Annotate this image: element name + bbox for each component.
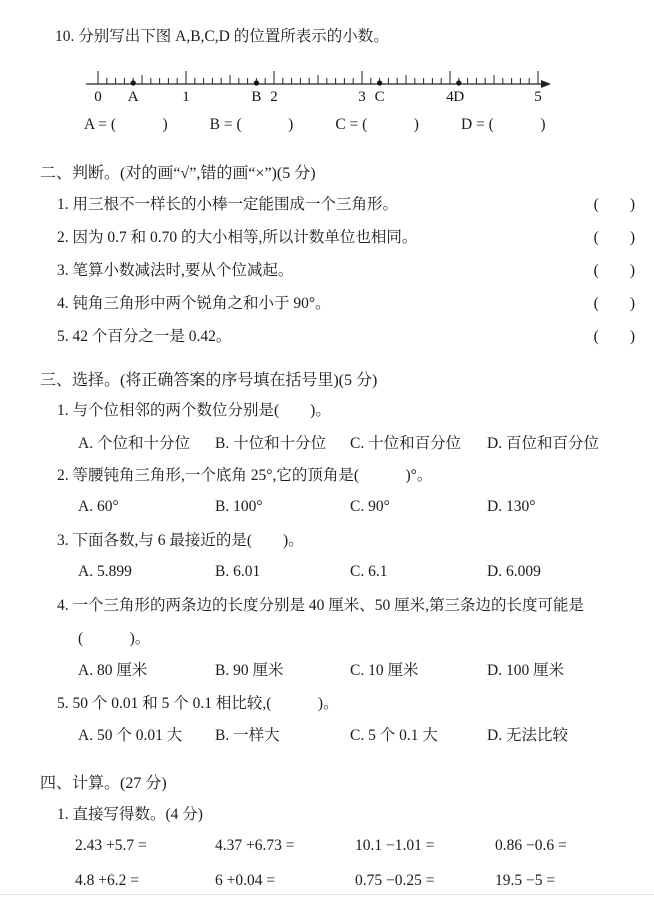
calc-item: 2.43 +5.7 = [75,829,215,864]
judge-item-5: 5. 42 个百分之一是 0.42。 ( ) [57,318,635,351]
answer-slot-a: A = ( ) [84,112,168,144]
option-a: A. 50 个 0.01 大 [78,723,215,745]
number-line: 012345ABCD [78,58,654,110]
calc-subtitle: 1. 直接写得数。(4 分) [57,797,654,829]
judge-answer-bracket: ( ) [594,192,635,214]
option-b: B. 6.01 [215,563,350,581]
judge-item-text: 5. 42 个百分之一是 0.42。 [57,324,231,346]
judge-answer-bracket: ( ) [594,225,635,247]
option-b: B. 100° [215,498,350,516]
option-c: C. 十位和百分位 [350,431,487,453]
judge-item-text: 4. 钝角三角形中两个锐角之和小于 90°。 [57,291,331,313]
svg-text:0: 0 [94,89,102,105]
choice-options-4: A. 80 厘米 B. 90 厘米 C. 10 厘米 D. 100 厘米 [78,653,654,686]
judge-answer-bracket: ( ) [594,324,635,346]
answer-slot-b: B = ( ) [210,112,294,144]
page-edge-line [0,894,654,895]
calc-grid: 2.43 +5.7 = 4.37 +6.73 = 10.1 −1.01 = 0.… [75,829,654,899]
judge-item-3: 3. 笔算小数减法时,要从个位减起。 ( ) [57,252,635,285]
section-judge-title: 二、判断。(对的画“√”,错的画“×”)(5 分) [40,156,654,186]
choice-options-1: A. 个位和十分位 B. 十位和十分位 C. 十位和百分位 D. 百位和百分位 [78,426,654,459]
worksheet-page: 10. 分别写出下图 A,B,C,D 的位置所表示的小数。 012345ABCD… [0,0,654,922]
judge-answer-bracket: ( ) [594,258,635,280]
option-c: C. 10 厘米 [350,658,487,680]
choice-options-2: A. 60° B. 100° C. 90° D. 130° [78,491,654,524]
section-choice-title: 三、选择。(将正确答案的序号填在括号里)(5 分) [40,363,654,393]
answer-slot-c: C = ( ) [335,112,419,144]
choice-question-4-cont: ( )。 [78,621,654,654]
svg-text:B: B [251,89,261,105]
option-c: C. 5 个 0.1 大 [350,723,487,745]
calc-item: 10.1 −1.01 = [355,829,495,864]
svg-text:3: 3 [358,89,366,105]
option-d: D. 130° [487,498,654,516]
svg-text:5: 5 [534,89,542,105]
option-b: B. 90 厘米 [215,658,350,680]
judge-item-2: 2. 因为 0.7 和 0.70 的大小相等,所以计数单位也相同。 ( ) [57,219,635,252]
option-c: C. 90° [350,498,487,516]
question-10-text: 10. 分别写出下图 A,B,C,D 的位置所表示的小数。 [55,20,654,50]
option-a: A. 60° [78,498,215,516]
judge-answer-bracket: ( ) [594,291,635,313]
choice-question-5: 5. 50 个 0.01 和 5 个 0.1 相比较,( )。 [57,686,654,719]
answer-slot-d: D = ( ) [461,112,546,144]
svg-text:C: C [375,89,385,105]
judge-item-text: 3. 笔算小数减法时,要从个位减起。 [57,258,293,280]
option-d: D. 无法比较 [487,723,654,745]
svg-text:A: A [128,89,139,105]
choice-question-2: 2. 等腰钝角三角形,一个底角 25°,它的顶角是( )°。 [57,458,654,491]
number-line-svg: 012345ABCD [78,58,558,110]
option-d: D. 百位和百分位 [487,431,654,453]
svg-text:2: 2 [270,89,278,105]
answers-row: A = ( ) B = ( ) C = ( ) D = ( ) [84,112,654,144]
option-d: D. 100 厘米 [487,658,654,680]
svg-text:1: 1 [182,89,190,105]
choice-question-3: 3. 下面各数,与 6 最接近的是( )。 [57,523,654,556]
option-b: B. 一样大 [215,723,350,745]
option-a: A. 个位和十分位 [78,431,215,453]
option-b: B. 十位和十分位 [215,431,350,453]
choice-question-1: 1. 与个位相邻的两个数位分别是( )。 [57,393,654,426]
option-c: C. 6.1 [350,563,487,581]
choice-options-5: A. 50 个 0.01 大 B. 一样大 C. 5 个 0.1 大 D. 无法… [78,718,654,751]
calc-item: 0.86 −0.6 = [495,829,654,864]
judge-item-1: 1. 用三根不一样长的小棒一定能围成一个三角形。 ( ) [57,186,635,219]
calc-item: 4.37 +6.73 = [215,829,355,864]
option-a: A. 80 厘米 [78,658,215,680]
option-d: D. 6.009 [487,563,654,581]
judge-item-text: 2. 因为 0.7 和 0.70 的大小相等,所以计数单位也相同。 [57,225,417,247]
judge-item-text: 1. 用三根不一样长的小棒一定能围成一个三角形。 [57,192,398,214]
judge-item-4: 4. 钝角三角形中两个锐角之和小于 90°。 ( ) [57,285,635,318]
svg-text:D: D [453,89,464,105]
option-a: A. 5.899 [78,563,215,581]
choice-question-4: 4. 一个三角形的两条边的长度分别是 40 厘米、50 厘米,第三条边的长度可能… [57,588,654,621]
section-calc-title: 四、计算。(27 分) [40,767,654,797]
choice-options-3: A. 5.899 B. 6.01 C. 6.1 D. 6.009 [78,556,654,589]
